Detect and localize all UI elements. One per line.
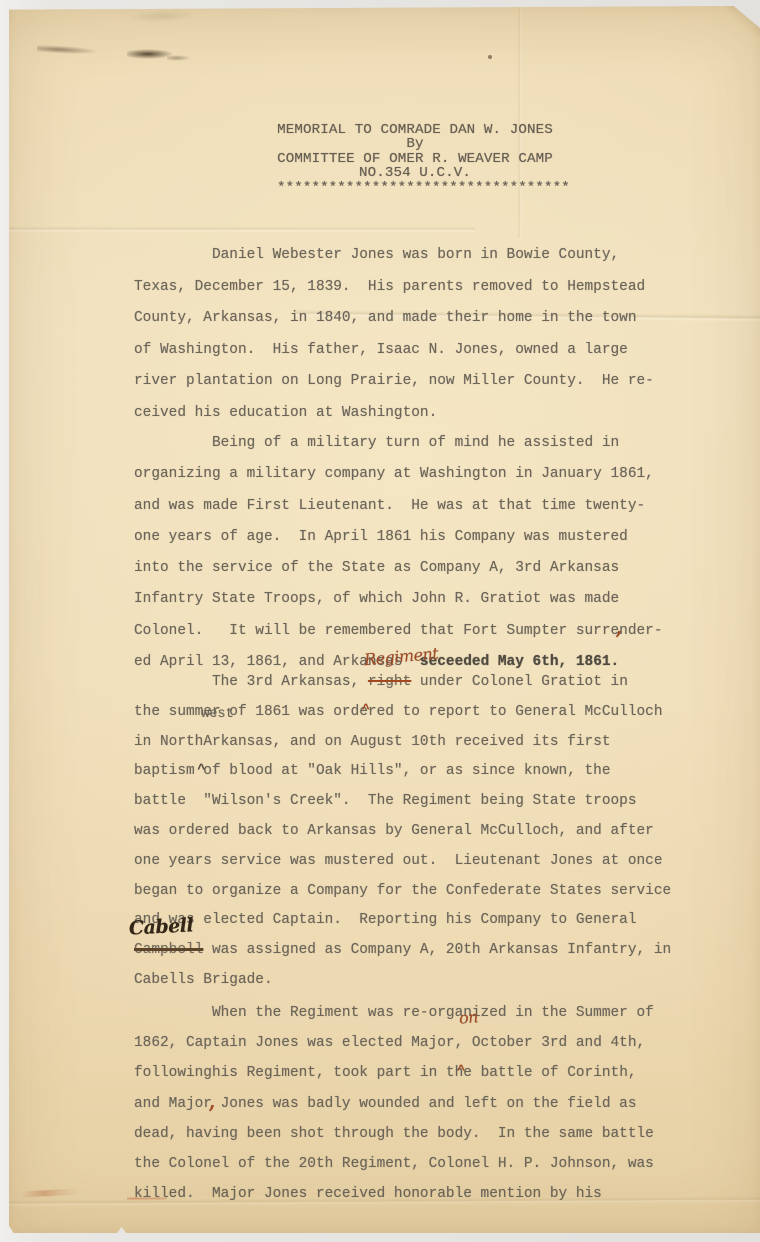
typed-segment: October 3rd and 4th, bbox=[463, 1035, 645, 1051]
ink-smudge bbox=[167, 55, 191, 61]
handwritten-note: Cabell bbox=[128, 912, 194, 945]
typed-line: dead, having been shot through the body.… bbox=[134, 1119, 654, 1149]
typed-line: Cabells Brigade. bbox=[134, 966, 671, 996]
typed-segment: County, Arkansas, in 1840, and made thei… bbox=[134, 310, 637, 326]
struck-word: Campbell bbox=[134, 942, 203, 958]
typed-segment: dead, having been shot through the body.… bbox=[134, 1126, 654, 1142]
typed-line: battle "Wilson's Creek". The Regiment be… bbox=[134, 787, 671, 817]
typed-segment: and was elected Captain. Reporting his C… bbox=[134, 912, 637, 928]
typed-segment: The 3rd Arkansas, bbox=[134, 674, 368, 690]
paragraph-birth: Daniel Webester Jones was born in Bowie … bbox=[134, 240, 654, 429]
typed-segment: under Colonel Gratiot in bbox=[411, 674, 628, 690]
typed-segment: into the service of the State as Company… bbox=[134, 560, 619, 576]
typed-line: one years of age. In April 1861 his Comp… bbox=[134, 522, 663, 553]
typed-line: in Northwest^Arkansas, and on August 10t… bbox=[134, 728, 671, 758]
handwritten-note: west bbox=[201, 700, 233, 730]
document-title-block: MEMORIAL TO COMRADE DAN W. JONES By COMM… bbox=[277, 123, 553, 195]
typed-line: Being of a military turn of mind he assi… bbox=[134, 428, 663, 459]
typed-line: Infantry State Troops, of which John R. … bbox=[134, 584, 663, 615]
paragraph-corinth: When the Regiment was re-organized in th… bbox=[134, 998, 654, 1209]
title-line-camp-number: NO.354 U.C.V. bbox=[277, 166, 553, 180]
typed-segment: his Regiment, took part in the battle of… bbox=[212, 1065, 637, 1081]
typed-segment: battle "Wilson's Creek". The Regiment be… bbox=[134, 793, 637, 809]
typed-line: The 3rd Arkansas, Regiment^right under C… bbox=[134, 668, 671, 698]
typed-segment: killed. Major Jones received honorable m… bbox=[134, 1186, 602, 1202]
typed-line: following,his Regiment, took part in the… bbox=[134, 1058, 654, 1088]
typed-segment: began to organize a Company for the Conf… bbox=[134, 883, 671, 899]
handwritten-note: on bbox=[458, 1002, 479, 1034]
struck-word: right bbox=[368, 674, 411, 690]
pencil-smudge bbox=[127, 9, 197, 23]
typed-segment: river plantation on Long Prairie, now Mi… bbox=[134, 373, 654, 389]
typed-segment: baptism of blood at "Oak Hills", or as s… bbox=[134, 763, 611, 779]
typed-line: the Colonel of the 20th Regiment, Colone… bbox=[134, 1149, 654, 1179]
typed-segment: was ordered back to Arkansas by General … bbox=[134, 823, 654, 839]
paragraph-military-start: Being of a military turn of mind he assi… bbox=[134, 428, 663, 678]
typed-segment: organizing a military company at Washing… bbox=[134, 466, 654, 482]
caret-mark: ^ bbox=[457, 1066, 465, 1076]
typed-segment: the Colonel of the 20th Regiment, Colone… bbox=[134, 1156, 654, 1172]
typed-line: CabellCampbell was assigned as Company A… bbox=[134, 936, 671, 966]
typed-line: ceived his education at Washington. bbox=[134, 398, 654, 430]
title-stars-divider: ********************************** bbox=[277, 181, 553, 195]
paragraph-3rd-arkansas: The 3rd Arkansas, Regiment^right under C… bbox=[134, 668, 671, 996]
typed-line: Texas, December 15, 1839. His parents re… bbox=[134, 272, 654, 304]
typed-segment: one years service was mustered out. Lieu… bbox=[134, 853, 663, 869]
ink-smudge bbox=[37, 44, 99, 55]
caret-mark: ^ bbox=[362, 705, 370, 715]
document-page: MEMORIAL TO COMRADE DAN W. JONES By COMM… bbox=[9, 6, 760, 1233]
typed-line: 1862, Captain Jones was elected Major,on… bbox=[134, 1028, 654, 1058]
typed-segment: one years of age. In April 1861 his Comp… bbox=[134, 529, 628, 545]
typed-segment: ceived his education at Washington. bbox=[134, 405, 437, 421]
typed-segment: of Washington. His father, Isaac N. Jone… bbox=[134, 342, 628, 358]
typed-segment: Daniel Webester Jones was born in Bowie … bbox=[134, 247, 619, 263]
typed-line: into the service of the State as Company… bbox=[134, 553, 663, 584]
typed-line: Daniel Webester Jones was born in Bowie … bbox=[134, 240, 654, 272]
handwritten-note: Regiment bbox=[363, 639, 440, 675]
typed-segment: was assigned as Company A, 20th Arkansas… bbox=[203, 942, 671, 958]
typed-line: one years service was mustered out. Lieu… bbox=[134, 847, 671, 877]
typed-segment: Arkansas, and on August 10th received it… bbox=[203, 734, 610, 750]
typed-line: was ordered back to Arkansas by General … bbox=[134, 817, 671, 847]
typed-line: County, Arkansas, in 1840, and made thei… bbox=[134, 303, 654, 335]
typed-line: organizing a military company at Washing… bbox=[134, 459, 663, 490]
typed-segment: 1862, Captain Jones was elected Major, bbox=[134, 1035, 463, 1051]
ink-speck bbox=[488, 55, 492, 59]
ink-smudge bbox=[127, 49, 173, 59]
typed-segment: Colonel. It will be remembered that Fort… bbox=[134, 623, 663, 639]
typed-segment: Texas, December 15, 1839. His parents re… bbox=[134, 279, 645, 295]
typed-line: baptism of blood at "Oak Hills", or as s… bbox=[134, 757, 671, 787]
typed-line: of Washington. His father, Isaac N. Jone… bbox=[134, 335, 654, 367]
typed-segment: and was made First Lieutenant. He was at… bbox=[134, 498, 645, 514]
title-line-by: By bbox=[277, 137, 553, 151]
typed-line: river plantation on Long Prairie, now Mi… bbox=[134, 366, 654, 398]
typed-segment: following bbox=[134, 1065, 212, 1081]
scan-background: { "scan": { "background_color": "#e5e4e1… bbox=[0, 0, 760, 1242]
typed-line: began to organize a Company for the Conf… bbox=[134, 877, 671, 907]
typed-segment: Cabells Brigade. bbox=[134, 972, 273, 988]
typed-line: killed. Major Jones received honorable m… bbox=[134, 1179, 654, 1209]
fold-crease bbox=[9, 226, 475, 233]
typed-line: When the Regiment was re-organized in th… bbox=[134, 998, 654, 1028]
typed-line: and was made First Lieutenant. He was at… bbox=[134, 491, 663, 522]
typed-segment: Being of a military turn of mind he assi… bbox=[134, 435, 619, 451]
red-ink-smear bbox=[21, 1188, 79, 1197]
typed-segment: Infantry State Troops, of which John R. … bbox=[134, 591, 619, 607]
typed-line: and was elected Captain. Reporting his C… bbox=[134, 906, 671, 936]
caret-mark: ^ bbox=[197, 765, 205, 775]
corner-fold bbox=[726, 6, 760, 36]
typed-segment: in North bbox=[134, 734, 203, 750]
typed-segment: When the Regiment was re-organized in th… bbox=[134, 1005, 654, 1021]
